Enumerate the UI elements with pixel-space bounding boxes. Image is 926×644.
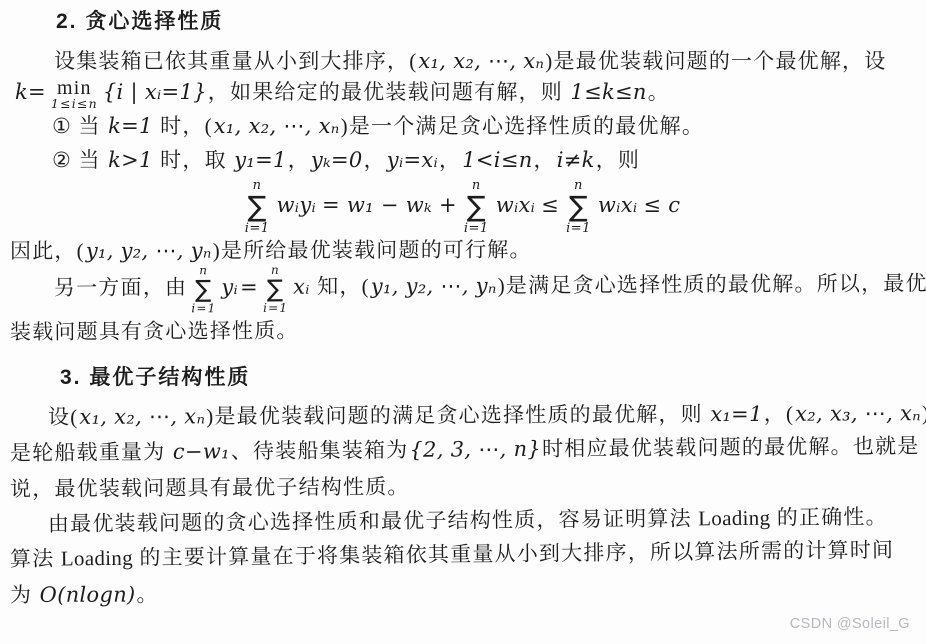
text-run: )是一个满足贪心选择性质的最优解。 [341,114,704,138]
math-run: k=1 [107,114,154,138]
text-run: 时，取 [154,148,234,172]
text-run: ， [534,148,556,172]
math-run: yᵢ=xᵢ [386,148,439,172]
min-label: min [57,78,92,98]
math-run: x₁, x₂, ⋯, xₙ [78,405,206,430]
text-run: ① 当 [52,114,107,138]
sum-lower-limit: i=1 [566,222,591,235]
sum-lower-limit: i=1 [263,302,288,314]
text-run: 为 [10,583,39,607]
paragraph-substructure-line2: 是轮船载重量为 c−w₁、待装船集装箱为{2, 3, ⋯, n}时相应最优装载问… [10,432,916,468]
text-run: ， [288,148,310,172]
paragraph-conclusion-greedy: 装载问题具有贪心选择性质。 [10,313,916,346]
paragraph-other-hand: 另一方面，由n∑i=1yᵢ=n∑i=1xᵢ 知，(y₁, y₂, ⋯, yₙ)是… [54,261,916,316]
math-run: = [239,275,259,299]
section-heading-greedy-choice: 2. 贪心选择性质 [56,8,916,37]
math-run: = w₁ − wₖ + [319,193,460,217]
math-run: k>1 [107,148,154,172]
text-run: 是轮船载重量为 [10,440,172,465]
paragraph-complexity: 为 O(nlogn)。 [10,578,916,610]
text-run: 时相应最优装载问题的最优解。也就是 [542,434,920,461]
math-run: wᵢxᵢ [595,193,640,217]
text-run: 。 [136,583,158,607]
text-run: ，( [764,402,795,426]
text-run: ，如果给定的最优装载问题有解，则 [208,80,570,104]
document-page: 2. 贪心选择性质 设集装箱已依其重量从小到大排序，(x₁, x₂, ⋯, xₙ… [0,0,926,644]
text-run: )是最优装载问题的一个最优解，设 [545,49,886,73]
paragraph-setup-line1: 设集装箱已依其重量从小到大排序，(x₁, x₂, ⋯, xₙ)是最优装载问题的一… [54,47,916,76]
text-run: ， [364,148,386,172]
sum-lower-limit: i=1 [245,222,270,235]
math-run: y₁=1 [233,148,287,172]
math-run: yᵢ [220,275,239,299]
math-run: xᵢ [292,275,311,299]
math-run: x₂, x₃, ⋯, xₙ [794,402,922,427]
sigma-glyph: ∑ [569,192,588,222]
min-operator: min1≤i≤n [51,78,98,111]
summation-symbol: n∑i=1 [191,264,216,314]
math-run: i≠k [556,148,596,172]
text-run: ② 当 [52,148,107,172]
summation-symbol: n∑i=1 [566,179,591,235]
math-run: 1≤k≤n [569,80,647,104]
list-item-case1: ① 当 k=1 时，(x₁, x₂, ⋯, xₙ)是一个满足贪心选择性质的最优解… [52,112,916,141]
text-run: 设集装箱已依其重量从小到大排序，( [54,49,417,73]
heading-text: 3. 最优子结构性质 [60,366,250,389]
text-run: )是所给最优装载问题的可行解。 [213,237,532,262]
math-run: y₁, y₂, ⋯, yₙ [370,274,498,299]
text-run: 知，( [311,274,370,298]
text-run: 时，( [154,114,213,138]
math-run: ≤ c [640,193,683,217]
latin-run: Loading [61,545,133,570]
math-run: x₁, x₂, ⋯, xₙ [213,114,341,138]
text-run: 、待装船集装箱为 [231,438,409,463]
paragraph-substructure-line3: 说，最优装载问题具有最优子结构性质。 [10,470,916,504]
math-run: wᵢxᵢ [493,193,538,217]
sum-lower-limit: i=1 [464,222,489,235]
text-run: )是满足贪心选择性质的最优解。所以，最优 [498,271,926,297]
section-heading-optimal-substructure: 3. 最优子结构性质 [60,364,916,393]
sigma-glyph: ∑ [267,276,285,302]
text-run: 算法 [10,546,61,571]
text-run: 的主要计算量在于将集装箱依其重量从小到大排序，所以算法所需的计算时间 [133,537,894,569]
math-run: {i | xᵢ=1} [102,80,208,104]
math-run: 1<i≤n [461,148,533,172]
sigma-glyph: ∑ [247,192,266,222]
summation-symbol: n∑i=1 [245,179,270,235]
paragraph-substructure-line1: 设(x₁, x₂, ⋯, xₙ)是最优装载问题的满足贪心选择性质的最优解，则 x… [48,400,916,432]
text-run: )是最优装载问题的满足贪心选择性质的最优解，则 [206,402,709,428]
text-run: 设( [48,405,79,429]
text-run: ，则 [596,148,640,172]
sigma-glyph: ∑ [467,192,486,222]
text-run: 装载问题具有贪心选择性质。 [10,319,299,345]
math-run: y₁, y₂, ⋯, yₙ [85,238,213,262]
csdn-watermark: CSDN @Soleil_G [790,616,910,632]
text-run: 。 [648,80,670,104]
heading-text: 2. 贪心选择性质 [56,10,223,33]
paragraph-correctness-line1: 由最优装载问题的贪心选择性质和最优子结构性质，容易证明算法 Loading 的正… [48,502,916,538]
display-formula: n∑i=1wᵢyᵢ= w₁ − wₖ +n∑i=1wᵢxᵢ≤n∑i=1wᵢxᵢ≤… [8,179,916,235]
text-run: 的正确性。 [770,505,888,530]
latin-run: Loading [698,506,770,531]
text-run: ， [439,148,461,172]
text-run: 说，最优装载问题具有最优子结构性质。 [10,475,410,501]
math-run: {2, 3, ⋯, n} [408,437,542,462]
summation-symbol: n∑i=1 [263,264,288,314]
math-run: O(nlogn) [39,583,137,607]
paragraph-correctness-line2: 算法 Loading 的主要计算量在于将集装箱依其重量从小到大排序，所以算法所需… [10,535,916,573]
text-run: 因此，( [10,238,85,262]
min-limits: 1≤i≤n [51,98,98,111]
text-run: ) [922,401,926,425]
math-run: c−w₁ [172,439,231,463]
sigma-glyph: ∑ [195,276,213,302]
math-run: ≤ [538,193,562,217]
text-run: 另一方面，由 [54,275,187,300]
sum-lower-limit: i=1 [191,302,216,314]
math-run: x₁=1 [709,402,764,426]
math-run: wᵢyᵢ [274,193,320,217]
math-run: k= [14,80,47,104]
math-run: x₁, x₂, ⋯, xₙ [417,49,545,73]
text-run: 由最优装载问题的贪心选择性质和最优子结构性质，容易证明算法 [48,506,698,536]
list-item-case2: ② 当 k>1 时，取 y₁=1，yₖ=0，yᵢ=xᵢ，1<i≤n，i≠k，则 [52,146,916,175]
math-run: yₖ=0 [310,148,364,172]
summation-symbol: n∑i=1 [464,179,489,235]
paragraph-setup-line2: k=min1≤i≤n{i | xᵢ=1}，如果给定的最优装载问题有解，则 1≤k… [14,78,916,111]
